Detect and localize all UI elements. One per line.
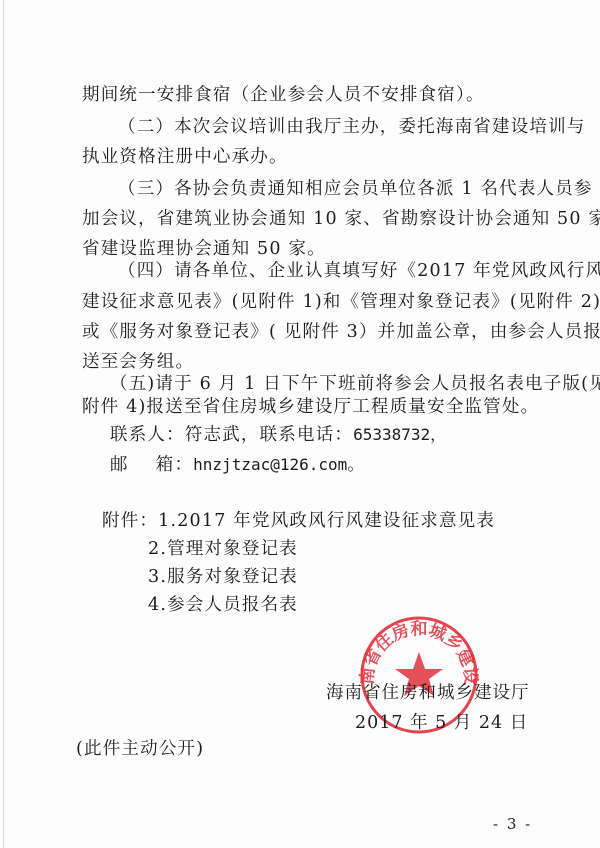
email-label: 邮 箱： — [110, 455, 193, 475]
email-address[interactable]: hnzjtzac@126.com — [193, 455, 347, 474]
contact-email-line: 邮 箱：hnzjtzac@126.com。 — [110, 454, 550, 476]
attachment-item: 1.2017 年党风政风行风建设征求意见表 — [158, 511, 495, 531]
body-line: （三）各协会负责通知相应会员单位各派 1 名代表人员参 — [118, 178, 558, 200]
signature-date: 2017 年 5 月 24 日 — [355, 712, 528, 734]
attachment-item: 2.管理对象登记表 — [148, 538, 588, 560]
contact-person-label: 联系人：符志武，联系电话： — [110, 425, 353, 445]
signature-organization: 海南省住房和城乡建设厅 — [326, 682, 530, 704]
disclosure-note: (此件主动公开) — [76, 738, 516, 760]
attachment-item: 4.参会人员报名表 — [148, 594, 588, 616]
body-line: 期间统一安排食宿（企业参会人员不安排食宿）。 — [82, 84, 522, 106]
body-line: 建设征求意见表》(见附件 1)和《管理对象登记表》(见附件 2) — [82, 291, 522, 313]
body-line: 执业资格注册中心承办。 — [82, 146, 522, 168]
page-number: - 3 - — [493, 815, 532, 833]
body-line: 附件 4)报送至省住房城乡建设厅工程质量安全监管处。 — [82, 396, 522, 418]
body-line: 加会议，省建筑业协会通知 10 家、省勘察设计协会通知 50 家、 — [82, 208, 522, 230]
body-line: 或《服务对象登记表》( 见附件 3）并加盖公章，由参会人员报 — [82, 321, 522, 343]
body-line: （五)请于 6 月 1 日下午下班前将参会人员报名表电子版(见 — [110, 373, 550, 395]
contact-person-line: 联系人：符志武，联系电话：65338732， — [110, 424, 550, 446]
attachments-title: 附件： — [102, 511, 158, 531]
body-line: （二）本次会议培训由我厅主办，委托海南省建设培训与 — [118, 116, 558, 138]
attachments-label: 附件：1.2017 年党风政风行风建设征求意见表 — [102, 510, 542, 532]
body-line: （四）请各单位、企业认真填写好《2017 年党风政风行风 — [118, 260, 558, 282]
attachment-item: 3.服务对象登记表 — [148, 566, 588, 588]
email-suffix: 。 — [347, 455, 366, 475]
body-line: 省建设监理协会通知 50 家。 — [82, 238, 522, 260]
scan-edge — [3, 0, 4, 848]
contact-phone: 65338732， — [353, 425, 446, 444]
body-line: 送至会务组。 — [82, 351, 522, 373]
